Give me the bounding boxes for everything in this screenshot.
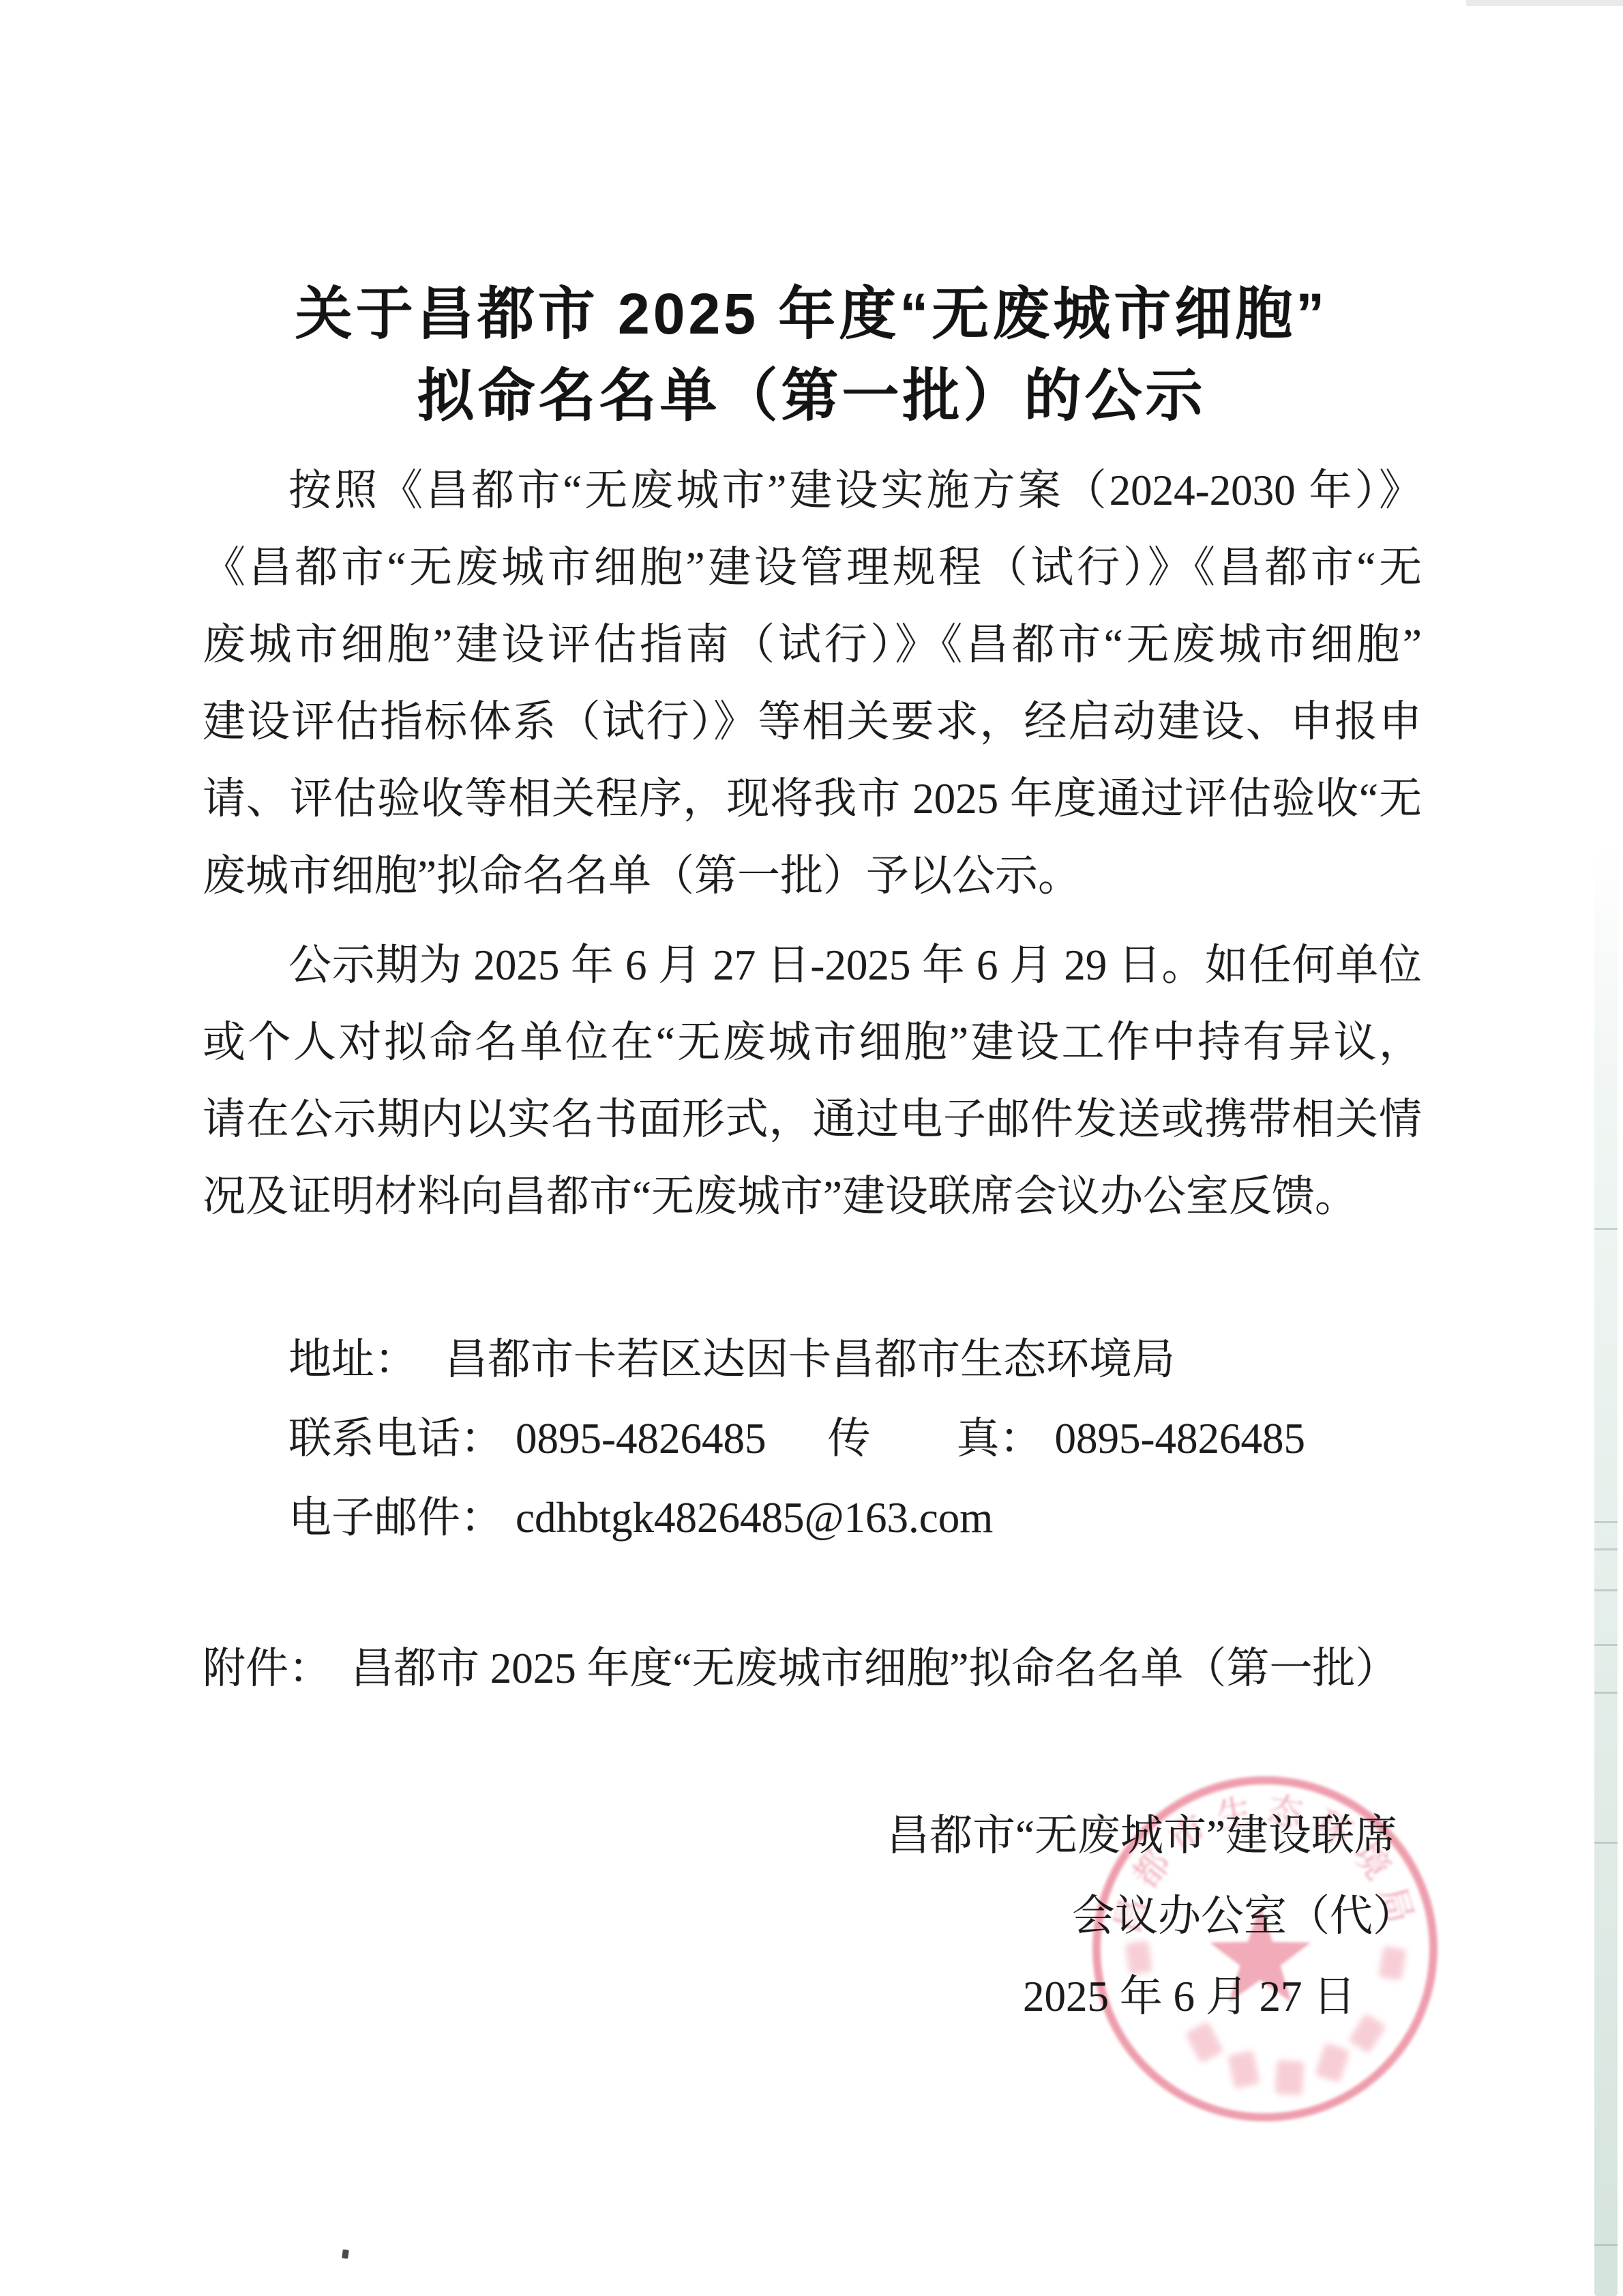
scan-edge-tick bbox=[1594, 1692, 1618, 1694]
body-line: 请、评估验收等相关程序，现将我市 2025 年度通过评估验收“无 bbox=[203, 761, 1422, 838]
body-line: 按照《昌都市“无废城市”建设实施方案（2024-2030 年）》 bbox=[203, 452, 1422, 529]
scan-edge-tick bbox=[1594, 1589, 1618, 1591]
scan-edge-tick bbox=[1594, 1842, 1618, 1844]
paragraph-2: 公示期为 2025 年 6 月 27 日-2025 年 6 月 29 日。如任何… bbox=[203, 927, 1422, 1235]
official-red-seal: 昌都市生态环境局 bbox=[1088, 1771, 1442, 2126]
doc-body: 按照《昌都市“无废城市”建设实施方案（2024-2030 年）》 《昌都市“无废… bbox=[203, 452, 1422, 1235]
body-line: 废城市细胞”建设评估指南（试行）》《昌都市“无废城市细胞” bbox=[203, 606, 1422, 683]
contact-email-row: 电子邮件：cdhbtgk4826485@163.com bbox=[203, 1478, 1422, 1557]
address-label: 地址： bbox=[288, 1336, 417, 1383]
body-line: 建设评估指标体系（试行）》等相关要求，经启动建设、申报申 bbox=[203, 683, 1422, 761]
attachment-line: 附件：昌都市 2025 年度“无废城市细胞”拟命名名单（第一批） bbox=[203, 1630, 1498, 1707]
seal-arc-text-path: 昌都市生态环境局 bbox=[1107, 1790, 1423, 1939]
phone-label: 联系电话： bbox=[288, 1415, 503, 1462]
paragraph-1: 按照《昌都市“无废城市”建设实施方案（2024-2030 年）》 《昌都市“无废… bbox=[203, 452, 1422, 915]
email-value: cdhbtgk4826485@163.com bbox=[516, 1494, 993, 1542]
scan-edge-tick bbox=[1594, 1548, 1618, 1550]
body-line: 公示期为 2025 年 6 月 27 日-2025 年 6 月 29 日。如任何… bbox=[203, 927, 1422, 1004]
body-line: 废城市细胞”拟命名名单（第一批）予以公示。 bbox=[203, 838, 1422, 915]
seal-arc-text: 昌都市生态环境局 bbox=[1107, 1790, 1423, 1939]
doc-title-line-2: 拟命名名单（第一批）的公示 bbox=[201, 355, 1422, 437]
attachment-text: 昌都市 2025 年度“无废城市细胞”拟命名名单（第一批） bbox=[351, 1645, 1398, 1692]
seal-star-icon bbox=[1210, 1906, 1311, 2002]
contact-phone-row: 联系电话：0895-4826485传 真：0895-4826485 bbox=[203, 1399, 1422, 1478]
doc-title: 关于昌都市 2025 年度“无废城市细胞” 拟命名名单（第一批）的公示 bbox=[201, 273, 1422, 437]
scan-edge-tick bbox=[1594, 1521, 1618, 1523]
scan-edge-tick bbox=[1594, 2244, 1618, 2246]
scan-edge-tick bbox=[1594, 1644, 1618, 1646]
phone-value: 0895-4826485 bbox=[516, 1415, 766, 1462]
body-line: 况及证明材料向昌都市“无废城市”建设联席会议办公室反馈。 bbox=[203, 1158, 1422, 1235]
body-line: 请在公示期内以实名书面形式，通过电子邮件发送或携带相关情 bbox=[203, 1081, 1422, 1158]
fax-label: 传 真： bbox=[827, 1415, 1042, 1462]
attachment-label: 附件： bbox=[203, 1645, 331, 1692]
contact-address-row: 地址：昌都市卡若区达因卡昌都市生态环境局 bbox=[203, 1320, 1422, 1399]
body-line: 或个人对拟命名单位在“无废城市细胞”建设工作中持有异议， bbox=[203, 1004, 1422, 1081]
fax-value: 0895-4826485 bbox=[1054, 1415, 1305, 1462]
scan-artifact-right-edge bbox=[1594, 846, 1618, 2296]
doc-title-line-1: 关于昌都市 2025 年度“无废城市细胞” bbox=[201, 273, 1422, 355]
document-page: 关于昌都市 2025 年度“无废城市细胞” 拟命名名单（第一批）的公示 按照《昌… bbox=[0, 0, 1623, 2296]
scan-edge-tick bbox=[1594, 1228, 1618, 1230]
contact-block: 地址：昌都市卡若区达因卡昌都市生态环境局 联系电话：0895-4826485传 … bbox=[203, 1320, 1422, 1557]
scan-artifact-top bbox=[1466, 0, 1623, 6]
body-line: 《昌都市“无废城市细胞”建设管理规程（试行）》《昌都市“无 bbox=[203, 529, 1422, 606]
scan-artifact-speck bbox=[342, 2249, 349, 2258]
address-value: 昌都市卡若区达因卡昌都市生态环境局 bbox=[445, 1336, 1175, 1383]
email-label: 电子邮件： bbox=[288, 1494, 503, 1542]
